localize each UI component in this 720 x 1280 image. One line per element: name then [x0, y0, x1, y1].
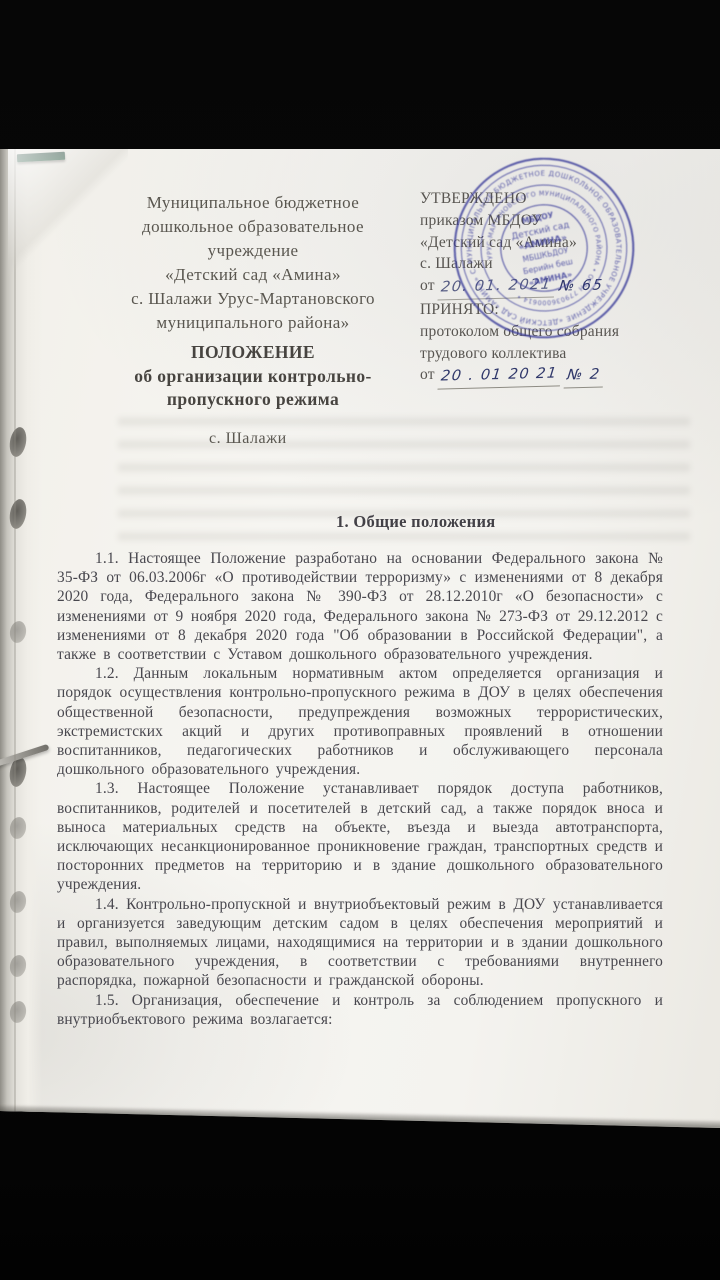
- org-line: учреждение: [86, 239, 420, 263]
- section-heading: 1. Общие положения: [336, 512, 496, 532]
- punch-hole: [8, 620, 28, 644]
- binder-edge: [0, 149, 42, 1134]
- order-prefix: от: [420, 277, 435, 294]
- body-text: 1.1. Настоящее Положение разработано на …: [57, 549, 663, 1029]
- document-page: Муниципальное бюджетное дошкольное образ…: [0, 149, 720, 1134]
- accepted-line: трудового коллектива: [420, 343, 712, 365]
- protocol-number-handwritten: № 2: [564, 365, 606, 389]
- paragraph: 1.3. Настоящее Положение устанавливает п…: [57, 779, 663, 894]
- punch-hole: [8, 1000, 28, 1024]
- document-photo: Муниципальное бюджетное дошкольное образ…: [0, 0, 720, 1280]
- official-stamp-icon: МУНИЦИПАЛЬНОЕ БЮДЖЕТНОЕ ДОШКОЛЬНОЕ ОБРАЗ…: [433, 137, 656, 360]
- org-line: «Детский сад «Амина»: [86, 263, 420, 287]
- punch-hole: [8, 816, 28, 840]
- org-line: дошкольное образовательное: [86, 215, 420, 239]
- paragraph: 1.5. Организация, обеспечение и контроль…: [57, 991, 663, 1029]
- green-tab: [17, 152, 65, 163]
- document-title: ПОЛОЖЕНИЕ об организации контрольно- про…: [86, 341, 420, 412]
- punch-hole: [8, 954, 28, 978]
- org-line: муниципального района»: [86, 311, 420, 335]
- org-line: Муниципальное бюджетное: [86, 191, 420, 215]
- punch-hole: [8, 498, 29, 530]
- punch-hole: [8, 890, 28, 914]
- title-line: об организации контрольно-: [86, 365, 420, 389]
- title-line: ПОЛОЖЕНИЕ: [86, 341, 420, 365]
- protocol-date-handwritten: 20 . 01 20 21: [437, 364, 562, 390]
- organization-block: Муниципальное бюджетное дошкольное образ…: [86, 191, 420, 412]
- protocol-line: от 20 . 01 20 21 № 2: [420, 364, 712, 388]
- paragraph: 1.4. Контрольно-пропускной и внутриобъек…: [57, 895, 663, 991]
- place-line: с. Шалажи: [209, 430, 287, 448]
- punch-hole: [8, 426, 29, 458]
- org-line: с. Шалажи Урус-Мартановского: [86, 287, 420, 311]
- title-line: пропускного режима: [86, 388, 420, 412]
- page-bottom-edge: [0, 1105, 720, 1129]
- paragraph: 1.2. Данным локальным нормативным актом …: [57, 664, 663, 779]
- paragraph: 1.1. Настоящее Положение разработано на …: [57, 549, 663, 664]
- protocol-prefix: от: [420, 366, 435, 383]
